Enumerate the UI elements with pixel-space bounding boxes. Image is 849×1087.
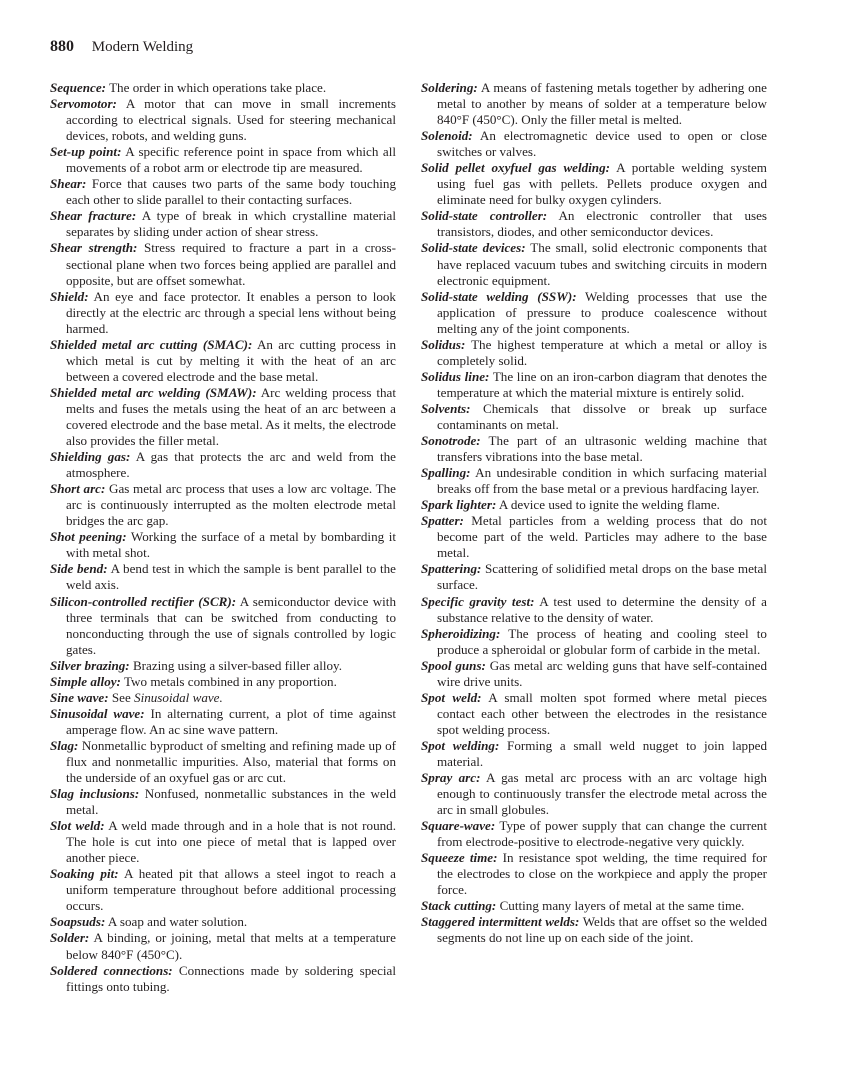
glossary-term: Side bend: <box>50 561 108 576</box>
glossary-definition: Two metals combined in any proportion. <box>124 674 337 689</box>
glossary-entry: Soaking pit: A heated pit that allows a … <box>50 866 396 914</box>
glossary-term: Slot weld: <box>50 818 105 833</box>
glossary-term: Spot weld: <box>421 690 482 705</box>
glossary-definition: An electromagnetic device used to open o… <box>437 128 767 159</box>
glossary-entry: Spatter: Metal particles from a welding … <box>421 513 767 561</box>
glossary-term: Solid-state welding (SSW): <box>421 289 577 304</box>
glossary-term: Soldering: <box>421 80 478 95</box>
glossary-entry: Spray arc: A gas metal arc process with … <box>421 770 767 818</box>
glossary-term: Set-up point: <box>50 144 121 159</box>
glossary-definition: A binding, or joining, metal that melts … <box>66 930 396 961</box>
glossary-entry: Slag inclusions: Nonfused, nonmetallic s… <box>50 786 396 818</box>
glossary-entry: Servomotor: A motor that can move in sma… <box>50 96 396 144</box>
glossary-entry: Solidus line: The line on an iron-carbon… <box>421 369 767 401</box>
glossary-entry: Set-up point: A specific reference point… <box>50 144 396 176</box>
glossary-term: Shielded metal arc cutting (SMAC): <box>50 337 252 352</box>
glossary-entry: Soldering: A means of fastening metals t… <box>421 80 767 128</box>
glossary-term: Silver brazing: <box>50 658 130 673</box>
glossary-column-left: Sequence: The order in which operations … <box>50 80 396 995</box>
glossary-term: Simple alloy: <box>50 674 121 689</box>
glossary-term: Spark lighter: <box>421 497 496 512</box>
glossary-entry: Sinusoidal wave: In alternating current,… <box>50 706 396 738</box>
glossary-definition: A device used to ignite the welding flam… <box>499 497 720 512</box>
glossary-term: Silicon-controlled rectifier (SCR): <box>50 594 236 609</box>
glossary-entry: Slot weld: A weld made through and in a … <box>50 818 396 866</box>
glossary-definition: Force that causes two parts of the same … <box>66 176 396 207</box>
glossary-term: Staggered intermittent welds: <box>421 914 579 929</box>
glossary-term: Solidus: <box>421 337 465 352</box>
glossary-definition: Scattering of solidified metal drops on … <box>437 561 767 592</box>
glossary-term: Sonotrode: <box>421 433 481 448</box>
glossary-entry: Sequence: The order in which operations … <box>50 80 396 96</box>
glossary-definition: The order in which operations take place… <box>109 80 326 95</box>
glossary-term: Soldered connections: <box>50 963 173 978</box>
glossary-term: Shielded metal arc welding (SMAW): <box>50 385 257 400</box>
glossary-entry: Staggered intermittent welds: Welds that… <box>421 914 767 946</box>
glossary-entry: Solvents: Chemicals that dissolve or bre… <box>421 401 767 433</box>
glossary-term: Short arc: <box>50 481 105 496</box>
page-number: 880 <box>50 38 74 55</box>
glossary-term: Solidus line: <box>421 369 489 384</box>
glossary-entry: Square-wave: Type of power supply that c… <box>421 818 767 850</box>
glossary-term: Spatter: <box>421 513 464 528</box>
glossary-entry: Shear: Force that causes two parts of th… <box>50 176 396 208</box>
glossary-definition: A bend test in which the sample is bent … <box>66 561 396 592</box>
glossary-entry: Sine wave: See Sinusoidal wave. <box>50 690 396 706</box>
glossary-entry: Spark lighter: A device used to ignite t… <box>421 497 767 513</box>
glossary-entry: Solid-state devices: The small, solid el… <box>421 240 767 288</box>
glossary-term: Solid-state devices: <box>421 240 526 255</box>
glossary-term: Spattering: <box>421 561 481 576</box>
glossary-entry: Stack cutting: Cutting many layers of me… <box>421 898 767 914</box>
glossary-term: Solder: <box>50 930 89 945</box>
glossary-entry: Spheroidizing: The process of heating an… <box>421 626 767 658</box>
glossary-term: Sine wave: <box>50 690 109 705</box>
glossary-entry: Specific gravity test: A test used to de… <box>421 594 767 626</box>
glossary-entry: Shield: An eye and face protector. It en… <box>50 289 396 337</box>
glossary-term: Solid-state controller: <box>421 208 547 223</box>
glossary-entry: Spot weld: A small molten spot formed wh… <box>421 690 767 738</box>
glossary-definition: An eye and face protector. It enables a … <box>66 289 396 336</box>
glossary-term: Sequence: <box>50 80 106 95</box>
glossary-term: Shear fracture: <box>50 208 136 223</box>
glossary-definition: Brazing using a silver-based filler allo… <box>133 658 342 673</box>
glossary-definition: The highest temperature at which a metal… <box>437 337 767 368</box>
glossary-term: Solvents: <box>421 401 470 416</box>
glossary-definition: A soap and water solution. <box>108 914 247 929</box>
glossary-entry: Silicon-controlled rectifier (SCR): A se… <box>50 594 396 658</box>
glossary-term: Solenoid: <box>421 128 473 143</box>
glossary-entry: Spalling: An undesirable condition in wh… <box>421 465 767 497</box>
cross-reference: Sinusoidal wave. <box>134 690 223 705</box>
book-title: Modern Welding <box>92 39 193 55</box>
glossary-term: Soapsuds: <box>50 914 105 929</box>
glossary-entry: Squeeze time: In resistance spot welding… <box>421 850 767 898</box>
glossary-entry: Slag: Nonmetallic byproduct of smelting … <box>50 738 396 786</box>
glossary-term: Stack cutting: <box>421 898 496 913</box>
glossary-entry: Simple alloy: Two metals combined in any… <box>50 674 396 690</box>
glossary-entry: Shear strength: Stress required to fract… <box>50 240 396 288</box>
glossary-definition: A means of fastening metals together by … <box>437 80 767 127</box>
glossary-entry: Spattering: Scattering of solidified met… <box>421 561 767 593</box>
glossary-term: Solid pellet oxyfuel gas welding: <box>421 160 610 175</box>
glossary-entry: Solid pellet oxyfuel gas welding: A port… <box>421 160 767 208</box>
glossary-term: Shielding gas: <box>50 449 130 464</box>
glossary-definition: A gas metal arc process with an arc volt… <box>437 770 767 817</box>
glossary-entry: Silver brazing: Brazing using a silver-b… <box>50 658 396 674</box>
glossary-entry: Shielding gas: A gas that protects the a… <box>50 449 396 481</box>
glossary-term: Soaking pit: <box>50 866 119 881</box>
glossary-definition: The part of an ultrasonic welding machin… <box>437 433 767 464</box>
glossary-entry: Solid-state controller: An electronic co… <box>421 208 767 240</box>
glossary-term: Servomotor: <box>50 96 117 111</box>
glossary-definition: An undesirable condition in which surfac… <box>437 465 767 496</box>
glossary-definition: A small molten spot formed where metal p… <box>437 690 767 737</box>
glossary-entry: Solidus: The highest temperature at whic… <box>421 337 767 369</box>
glossary-column-right: Soldering: A means of fastening metals t… <box>421 80 767 947</box>
glossary-definition: Gas metal arc process that uses a low ar… <box>66 481 396 528</box>
glossary-term: Square-wave: <box>421 818 495 833</box>
glossary-term: Sinusoidal wave: <box>50 706 145 721</box>
glossary-definition: Metal particles from a welding process t… <box>437 513 767 560</box>
glossary-term: Spot welding: <box>421 738 499 753</box>
glossary-definition: A weld made through and in a hole that i… <box>66 818 396 865</box>
glossary-entry: Spot welding: Forming a small weld nugge… <box>421 738 767 770</box>
glossary-term: Squeeze time: <box>421 850 497 865</box>
glossary-entry: Short arc: Gas metal arc process that us… <box>50 481 396 529</box>
glossary-entry: Shielded metal arc welding (SMAW): Arc w… <box>50 385 396 449</box>
glossary-term: Spalling: <box>421 465 470 480</box>
glossary-term: Slag inclusions: <box>50 786 139 801</box>
glossary-entry: Solenoid: An electromagnetic device used… <box>421 128 767 160</box>
glossary-term: Spheroidizing: <box>421 626 500 641</box>
glossary-entry: Shear fracture: A type of break in which… <box>50 208 396 240</box>
glossary-term: Shear: <box>50 176 86 191</box>
glossary-entry: Side bend: A bend test in which the samp… <box>50 561 396 593</box>
glossary-entry: Spool guns: Gas metal arc welding guns t… <box>421 658 767 690</box>
glossary-entry: Soapsuds: A soap and water solution. <box>50 914 396 930</box>
glossary-term: Slag: <box>50 738 78 753</box>
glossary-definition: Nonmetallic byproduct of smelting and re… <box>66 738 396 785</box>
glossary-definition: Cutting many layers of metal at the same… <box>500 898 745 913</box>
glossary-term: Spray arc: <box>421 770 480 785</box>
glossary-entry: Shielded metal arc cutting (SMAC): An ar… <box>50 337 396 385</box>
glossary-definition: Gas metal arc welding guns that have sel… <box>437 658 767 689</box>
glossary-term: Shear strength: <box>50 240 137 255</box>
glossary-entry: Solder: A binding, or joining, metal tha… <box>50 930 396 962</box>
glossary-definition: See <box>112 690 134 705</box>
glossary-term: Shot peening: <box>50 529 127 544</box>
glossary-entry: Shot peening: Working the surface of a m… <box>50 529 396 561</box>
glossary-term: Shield: <box>50 289 89 304</box>
glossary-term: Specific gravity test: <box>421 594 534 609</box>
glossary-definition: Chemicals that dissolve or break up surf… <box>437 401 767 432</box>
glossary-term: Spool guns: <box>421 658 486 673</box>
glossary-entry: Sonotrode: The part of an ultrasonic wel… <box>421 433 767 465</box>
glossary-entry: Soldered connections: Connections made b… <box>50 963 396 995</box>
running-header: 880 Modern Welding <box>50 38 193 56</box>
glossary-entry: Solid-state welding (SSW): Welding proce… <box>421 289 767 337</box>
